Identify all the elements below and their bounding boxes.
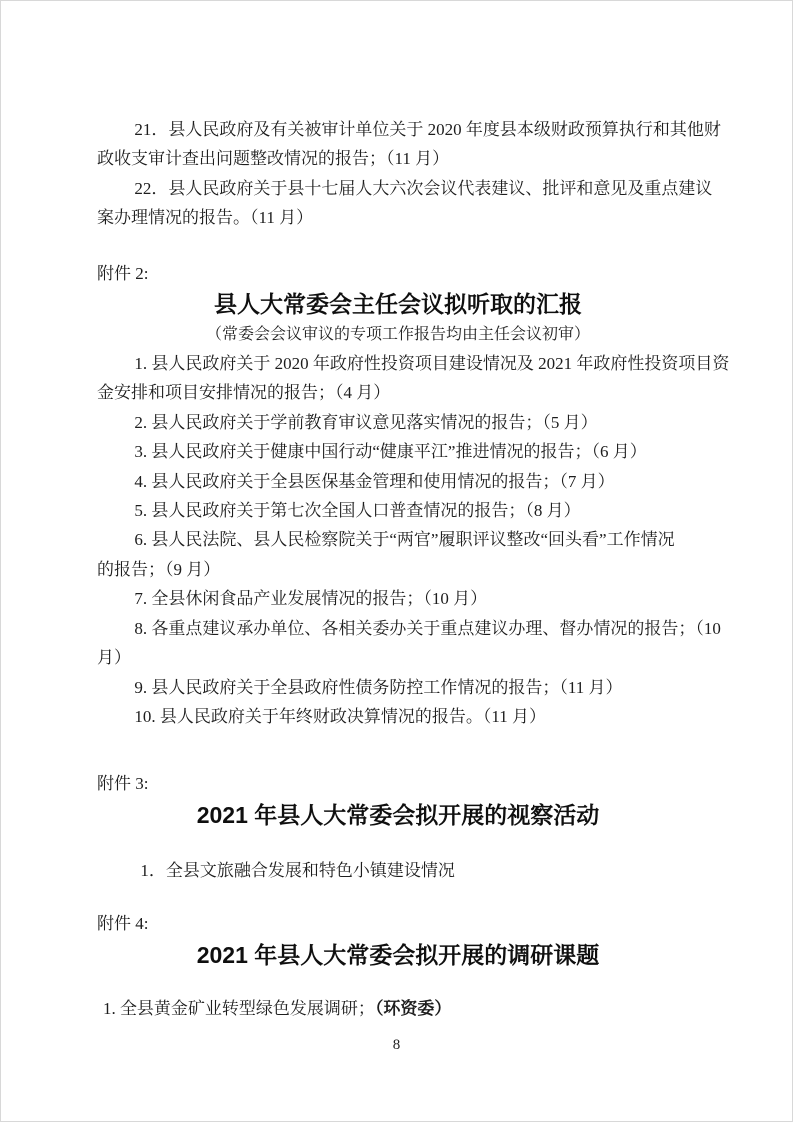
report-item-line: 10. 县人民政府关于年终财政决算情况的报告。（11 月）: [97, 702, 699, 731]
report-item-line: 金安排和项目安排情况的报告；（4 月）: [97, 378, 699, 407]
report-item-line: 3. 县人民政府关于健康中国行动“健康平江”推进情况的报告；（6 月）: [97, 437, 699, 466]
attachment4-label: 附件 4:: [97, 909, 699, 938]
report-item-line: 8. 各重点建议承办单位、各相关委办关于重点建议办理、督办情况的报告；（10: [97, 614, 699, 643]
report-item-21: 21．县人民政府及有关被审计单位关于 2020 年度县本级财政预算执行和其他财 …: [97, 115, 699, 174]
report-item-line: 21．县人民政府及有关被审计单位关于 2020 年度县本级财政预算执行和其他财: [97, 115, 699, 144]
report-item-22: 22．县人民政府关于县十七届人大六次会议代表建议、批评和意见及重点建议 案办理情…: [97, 174, 699, 233]
report-item-line: 案办理情况的报告。（11 月）: [97, 203, 699, 232]
report-item-line: 的报告；（9 月）: [97, 555, 699, 584]
attachment2-item-1: 1. 县人民政府关于 2020 年政府性投资项目建设情况及 2021 年政府性投…: [97, 349, 699, 408]
attachment2-item-4: 4. 县人民政府关于全县医保基金管理和使用情况的报告；（7 月）: [97, 467, 699, 496]
attachment2-title: 县人大常委会主任会议拟听取的汇报: [97, 288, 699, 321]
report-item-line: 22．县人民政府关于县十七届人大六次会议代表建议、批评和意见及重点建议: [97, 174, 699, 203]
report-item-line: 1. 县人民政府关于 2020 年政府性投资项目建设情况及 2021 年政府性投…: [97, 349, 699, 378]
report-item-line: 6. 县人民法院、县人民检察院关于“两官”履职评议整改“回头看”工作情况: [97, 525, 699, 554]
attachment2-item-7: 7. 全县休闲食品产业发展情况的报告；（10 月）: [97, 584, 699, 613]
attachment2-item-8: 8. 各重点建议承办单位、各相关委办关于重点建议办理、督办情况的报告；（10 月…: [97, 614, 699, 673]
attachment2-item-9: 9. 县人民政府关于全县政府性债务防控工作情况的报告；（11 月）: [97, 673, 699, 702]
attachment2-item-6: 6. 县人民法院、县人民检察院关于“两官”履职评议整改“回头看”工作情况 的报告…: [97, 525, 699, 584]
attachment2-item-10: 10. 县人民政府关于年终财政决算情况的报告。（11 月）: [97, 702, 699, 731]
attachment3-item-1: 1．全县文旅融合发展和特色小镇建设情况: [97, 856, 699, 885]
report-item-line: 7. 全县休闲食品产业发展情况的报告；（10 月）: [97, 584, 699, 613]
report-item-line: 月）: [97, 643, 699, 672]
report-item-line: 4. 县人民政府关于全县医保基金管理和使用情况的报告；（7 月）: [97, 467, 699, 496]
attachment4-title: 2021 年县人大常委会拟开展的调研课题: [97, 939, 699, 972]
document-content: 21．县人民政府及有关被审计单位关于 2020 年度县本级财政预算执行和其他财 …: [97, 115, 699, 1023]
attachment2-label: 附件 2:: [97, 259, 699, 288]
attachment2-subtitle: （常委会会议审议的专项工作报告均由主任会议初审）: [97, 321, 699, 349]
attachment2-item-5: 5. 县人民政府关于第七次全国人口普查情况的报告；（8 月）: [97, 496, 699, 525]
report-item-line: 5. 县人民政府关于第七次全国人口普查情况的报告；（8 月）: [97, 496, 699, 525]
report-item-line: 2. 县人民政府关于学前教育审议意见落实情况的报告；（5 月）: [97, 408, 699, 437]
attachment3-label: 附件 3:: [97, 769, 699, 798]
attachment3-title: 2021 年县人大常委会拟开展的视察活动: [97, 799, 699, 832]
attachment4-item-text: 1. 全县黄金矿业转型绿色发展调研；: [103, 999, 375, 1018]
attachment4-item-1: 1. 全县黄金矿业转型绿色发展调研；（环资委）: [97, 994, 699, 1023]
attachment2-item-3: 3. 县人民政府关于健康中国行动“健康平江”推进情况的报告；（6 月）: [97, 437, 699, 466]
page-number: 8: [1, 1037, 792, 1054]
report-item-line: 9. 县人民政府关于全县政府性债务防控工作情况的报告；（11 月）: [97, 673, 699, 702]
attachment4-item-committee: （环资委）: [375, 999, 452, 1018]
document-page: 21．县人民政府及有关被审计单位关于 2020 年度县本级财政预算执行和其他财 …: [0, 0, 793, 1122]
attachment2-item-2: 2. 县人民政府关于学前教育审议意见落实情况的报告；（5 月）: [97, 408, 699, 437]
report-item-line: 政收支审计查出问题整改情况的报告；（11 月）: [97, 144, 699, 173]
